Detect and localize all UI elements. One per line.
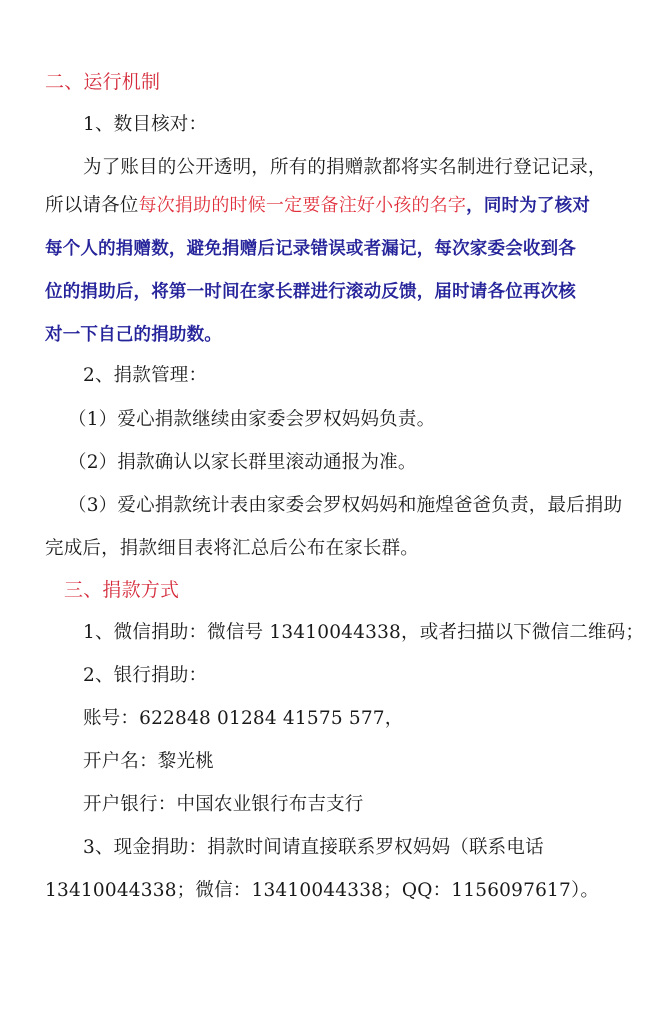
- bank-account-number: 账号：622848 01284 41575 577，: [83, 707, 403, 731]
- subsection-title-count-check: 1、数目核对：: [83, 113, 207, 137]
- bank-account-name: 开户名：黎光桃: [83, 750, 214, 774]
- list-item: （2）捐款确认以家长群里滚动通报为准。: [68, 451, 417, 475]
- highlight-blue-line: 位的捐助后，将第一时间在家长群进行滚动反馈，届时请各位再次核: [45, 280, 576, 304]
- paragraph-line: 为了账目的公开透明，所有的捐赠款都将实名制进行登记记录，: [83, 156, 607, 180]
- cash-donation-contacts: 13410044338；微信：13410044338；QQ：1156097617…: [45, 879, 599, 903]
- section-heading-donation-methods: 三、捐款方式: [64, 578, 179, 602]
- paragraph-line-mixed: 所以请各位每次捐助的时候一定要备注好小孩的名字，同时为了核对: [45, 194, 590, 218]
- list-item-continuation: 完成后，捐款细目表将汇总后公布在家长群。: [45, 537, 419, 561]
- highlight-blue-line: 对一下自己的捐助数。: [45, 323, 222, 347]
- highlight-red-text: 每次捐助的时候一定要备注好小孩的名字: [139, 195, 467, 216]
- list-item: （1）爱心捐款继续由家委会罗权妈妈负责。: [68, 408, 435, 432]
- highlight-blue-line: 每个人的捐赠数，避免捐赠后记录错误或者漏记，每次家委会收到各: [45, 237, 576, 261]
- list-item: （3）爱心捐款统计表由家委会罗权妈妈和施煌爸爸负责，最后捐助: [68, 494, 622, 518]
- bank-donation-title: 2、银行捐助：: [83, 664, 207, 688]
- cash-donation-line: 3、现金捐助：捐款时间请直接联系罗权妈妈（联系电话: [83, 836, 544, 860]
- wechat-donation-line: 1、微信捐助：微信号 13410044338，或者扫描以下微信二维码；: [83, 621, 644, 645]
- bank-branch: 开户银行：中国农业银行布吉支行: [83, 793, 364, 817]
- subsection-title-donation-management: 2、捐款管理：: [83, 364, 207, 388]
- paragraph-text: 所以请各位: [45, 195, 139, 216]
- section-heading-operation: 二、运行机制: [45, 70, 160, 94]
- highlight-blue-text: ，同时为了核对: [466, 196, 590, 216]
- document-page: 二、运行机制 1、数目核对： 为了账目的公开透明，所有的捐赠款都将实名制进行登记…: [0, 0, 669, 1024]
